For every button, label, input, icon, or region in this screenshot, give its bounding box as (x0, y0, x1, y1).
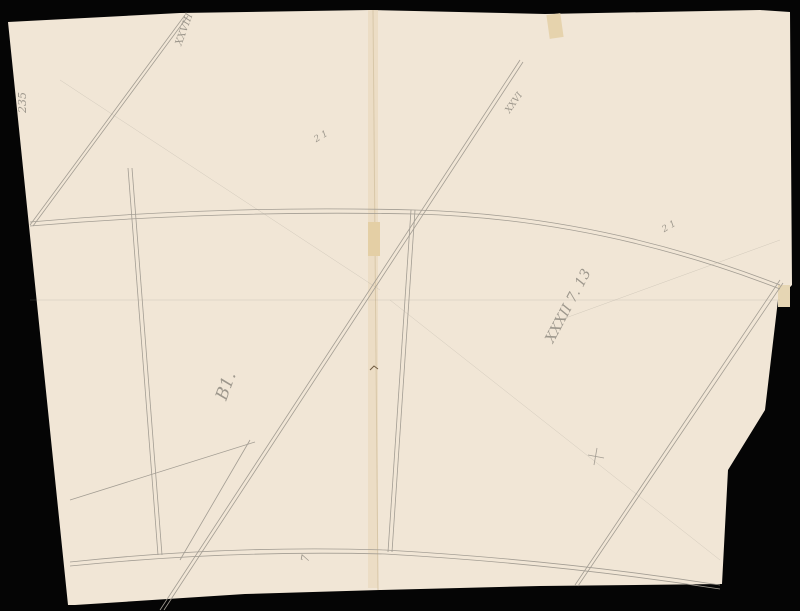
center-seam (368, 10, 378, 588)
tape-middle (368, 222, 380, 256)
paper (8, 10, 792, 605)
drawing-sheet: 235 XXVIII XXVI XXXII 7. 13 B1. 2 1 2 1 … (0, 0, 800, 611)
sheet-svg (0, 0, 800, 611)
sheet-number-label: 235 (16, 92, 29, 113)
